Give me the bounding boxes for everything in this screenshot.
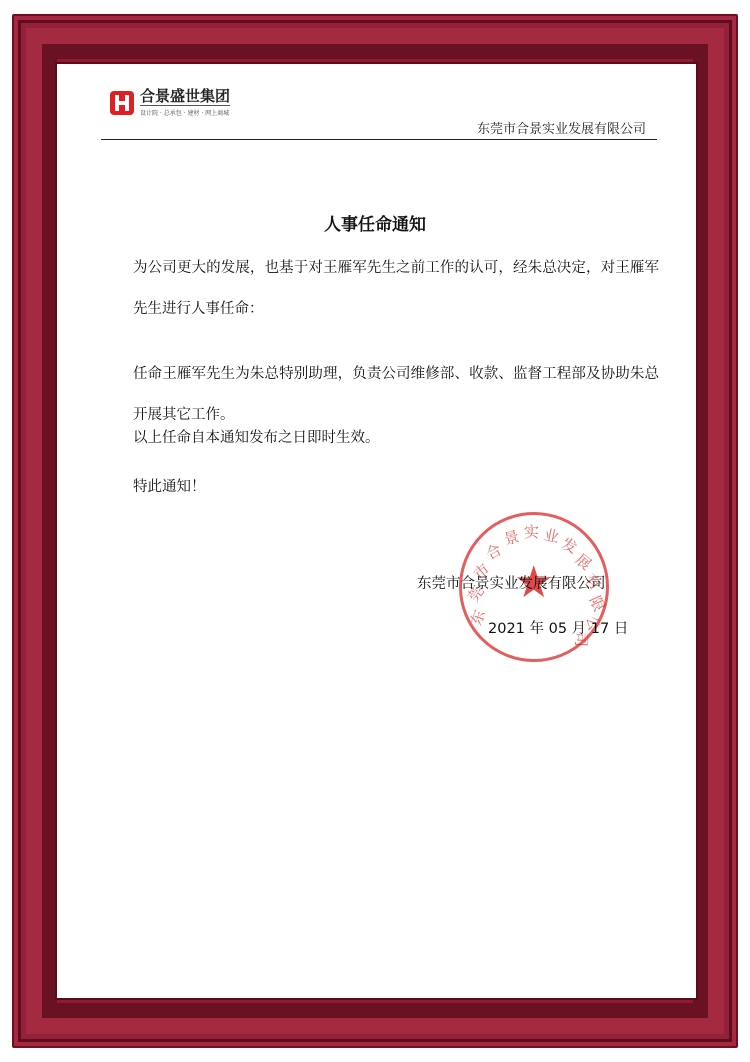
document-title: 人事任命通知 — [0, 210, 750, 235]
paragraph-text: 为公司更大的发展，也基于对王雁军先生之前工作的认可，经朱总决定，对王雁军先生进行… — [103, 248, 659, 330]
header-company-name: 东莞市合景实业发展有限公司 — [477, 118, 646, 137]
paragraph-1: 为公司更大的发展，也基于对王雁军先生之前工作的认可，经朱总决定，对王雁军先生进行… — [103, 248, 659, 330]
paragraph-4: 特此通知！ — [103, 467, 659, 508]
logo-brand-name: 合景盛世集团 — [140, 88, 230, 106]
signature-company: 东莞市合景实业发展有限公司 — [417, 572, 606, 593]
paragraph-text: 以上任命自本通知发布之日即时生效。 — [103, 418, 659, 459]
paragraph-text: 特此通知！ — [103, 467, 659, 508]
header-divider — [101, 139, 657, 140]
paragraph-3: 以上任命自本通知发布之日即时生效。 — [103, 418, 659, 459]
logo-tagline: 设计院 · 总承包 · 建材 · 网上商城 — [140, 108, 230, 117]
signature-date: 2021 年 05 月 17 日 — [488, 617, 628, 638]
h-logo-icon — [110, 91, 134, 115]
company-logo: 合景盛世集团 设计院 · 总承包 · 建材 · 网上商城 — [110, 88, 230, 117]
